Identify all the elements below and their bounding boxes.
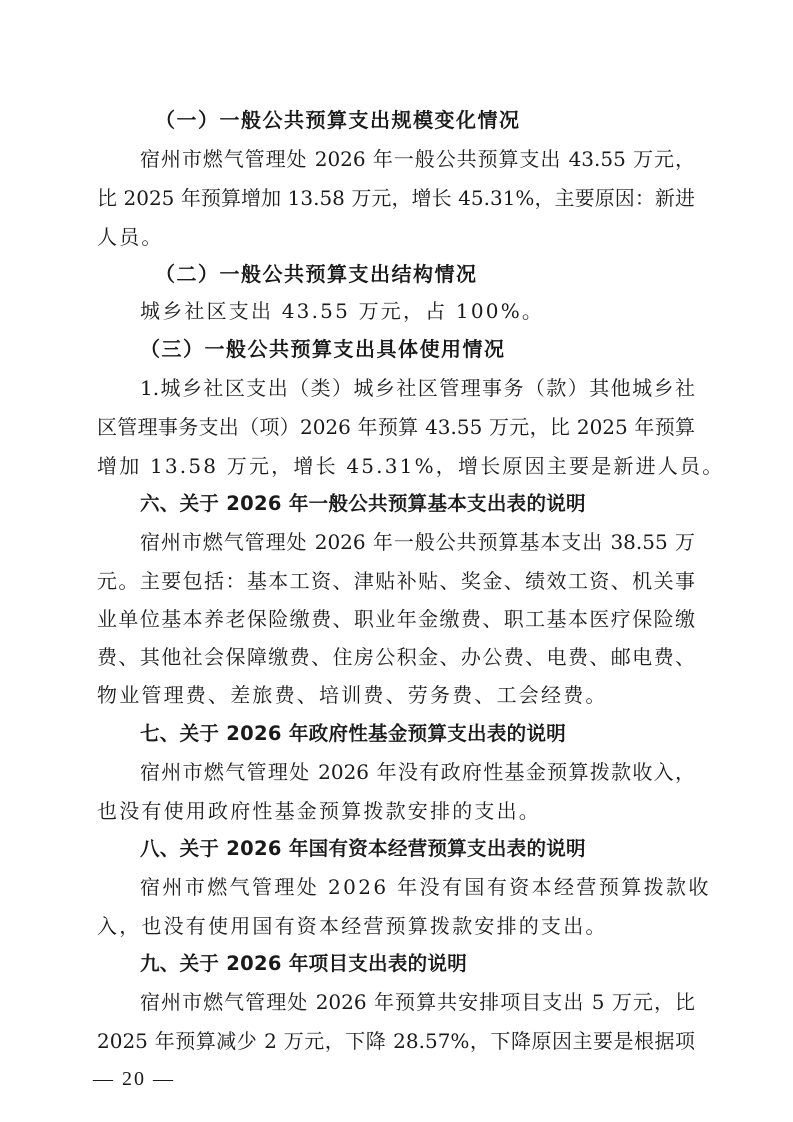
heading-section-7: 七、关于 2026 年政府性基金预算支出表的说明 (140, 720, 566, 748)
subheading-usage: （三）一般公共预算支出具体使用情况 (140, 335, 506, 363)
paragraph-line: 1.城乡社区支出（类）城乡社区管理事务（款）其他城乡社 (140, 374, 695, 402)
paragraph-line: 人员。 (97, 223, 164, 251)
paragraph-line: 增加 13.58 万元，增长 45.31%，增长原因主要是新进人员。 (97, 452, 724, 480)
heading-section-8: 八、关于 2026 年国有资本经营预算支出表的说明 (140, 835, 586, 863)
paragraph-line: 也没有使用政府性基金预算拨款安排的支出。 (97, 797, 541, 825)
paragraph-line: 物业管理费、差旅费、培训费、劳务费、工会经费。 (97, 681, 608, 709)
paragraph-line: 宿州市燃气管理处 2026 年一般公共预算基本支出 38.55 万 (140, 528, 695, 556)
paragraph-line: 城乡社区支出 43.55 万元，占 100%。 (140, 297, 544, 325)
paragraph-line: 费、其他社会保障缴费、住房公积金、办公费、电费、邮电费、 (97, 643, 695, 671)
paragraph-line: 2025 年预算减少 2 万元，下降 28.57%，下降原因主要是根据项 (97, 1027, 695, 1055)
subheading-scale-change: （一）一般公共预算支出规模变化情况 (155, 106, 521, 134)
subheading-structure: （二）一般公共预算支出结构情况 (155, 260, 478, 288)
page-number: — 20 — (93, 1068, 175, 1091)
paragraph-line: 宿州市燃气管理处 2026 年预算共安排项目支出 5 万元，比 (140, 988, 695, 1016)
paragraph-line: 区管理事务支出（项）2026 年预算 43.55 万元，比 2025 年预算 (97, 413, 695, 441)
heading-section-6: 六、关于 2026 年一般公共预算基本支出表的说明 (140, 490, 586, 518)
paragraph-line: 业单位基本养老保险缴费、职业年金缴费、职工基本医疗保险缴 (97, 605, 695, 633)
paragraph-line: 入，也没有使用国有资本经营预算拨款安排的支出。 (97, 912, 608, 940)
paragraph-line: 比 2025 年预算增加 13.58 万元，增长 45.31%，主要原因：新进 (97, 184, 695, 212)
paragraph-line: 宿州市燃气管理处 2026 年没有国有资本经营预算拨款收 (140, 873, 711, 901)
paragraph-line: 宿州市燃气管理处 2026 年没有政府性基金预算拨款收入， (140, 758, 695, 786)
paragraph-line: 元。主要包括：基本工资、津贴补贴、奖金、绩效工资、机关事 (97, 567, 695, 595)
paragraph-line: 宿州市燃气管理处 2026 年一般公共预算支出 43.55 万元， (140, 145, 695, 173)
heading-section-9: 九、关于 2026 年项目支出表的说明 (140, 950, 467, 978)
